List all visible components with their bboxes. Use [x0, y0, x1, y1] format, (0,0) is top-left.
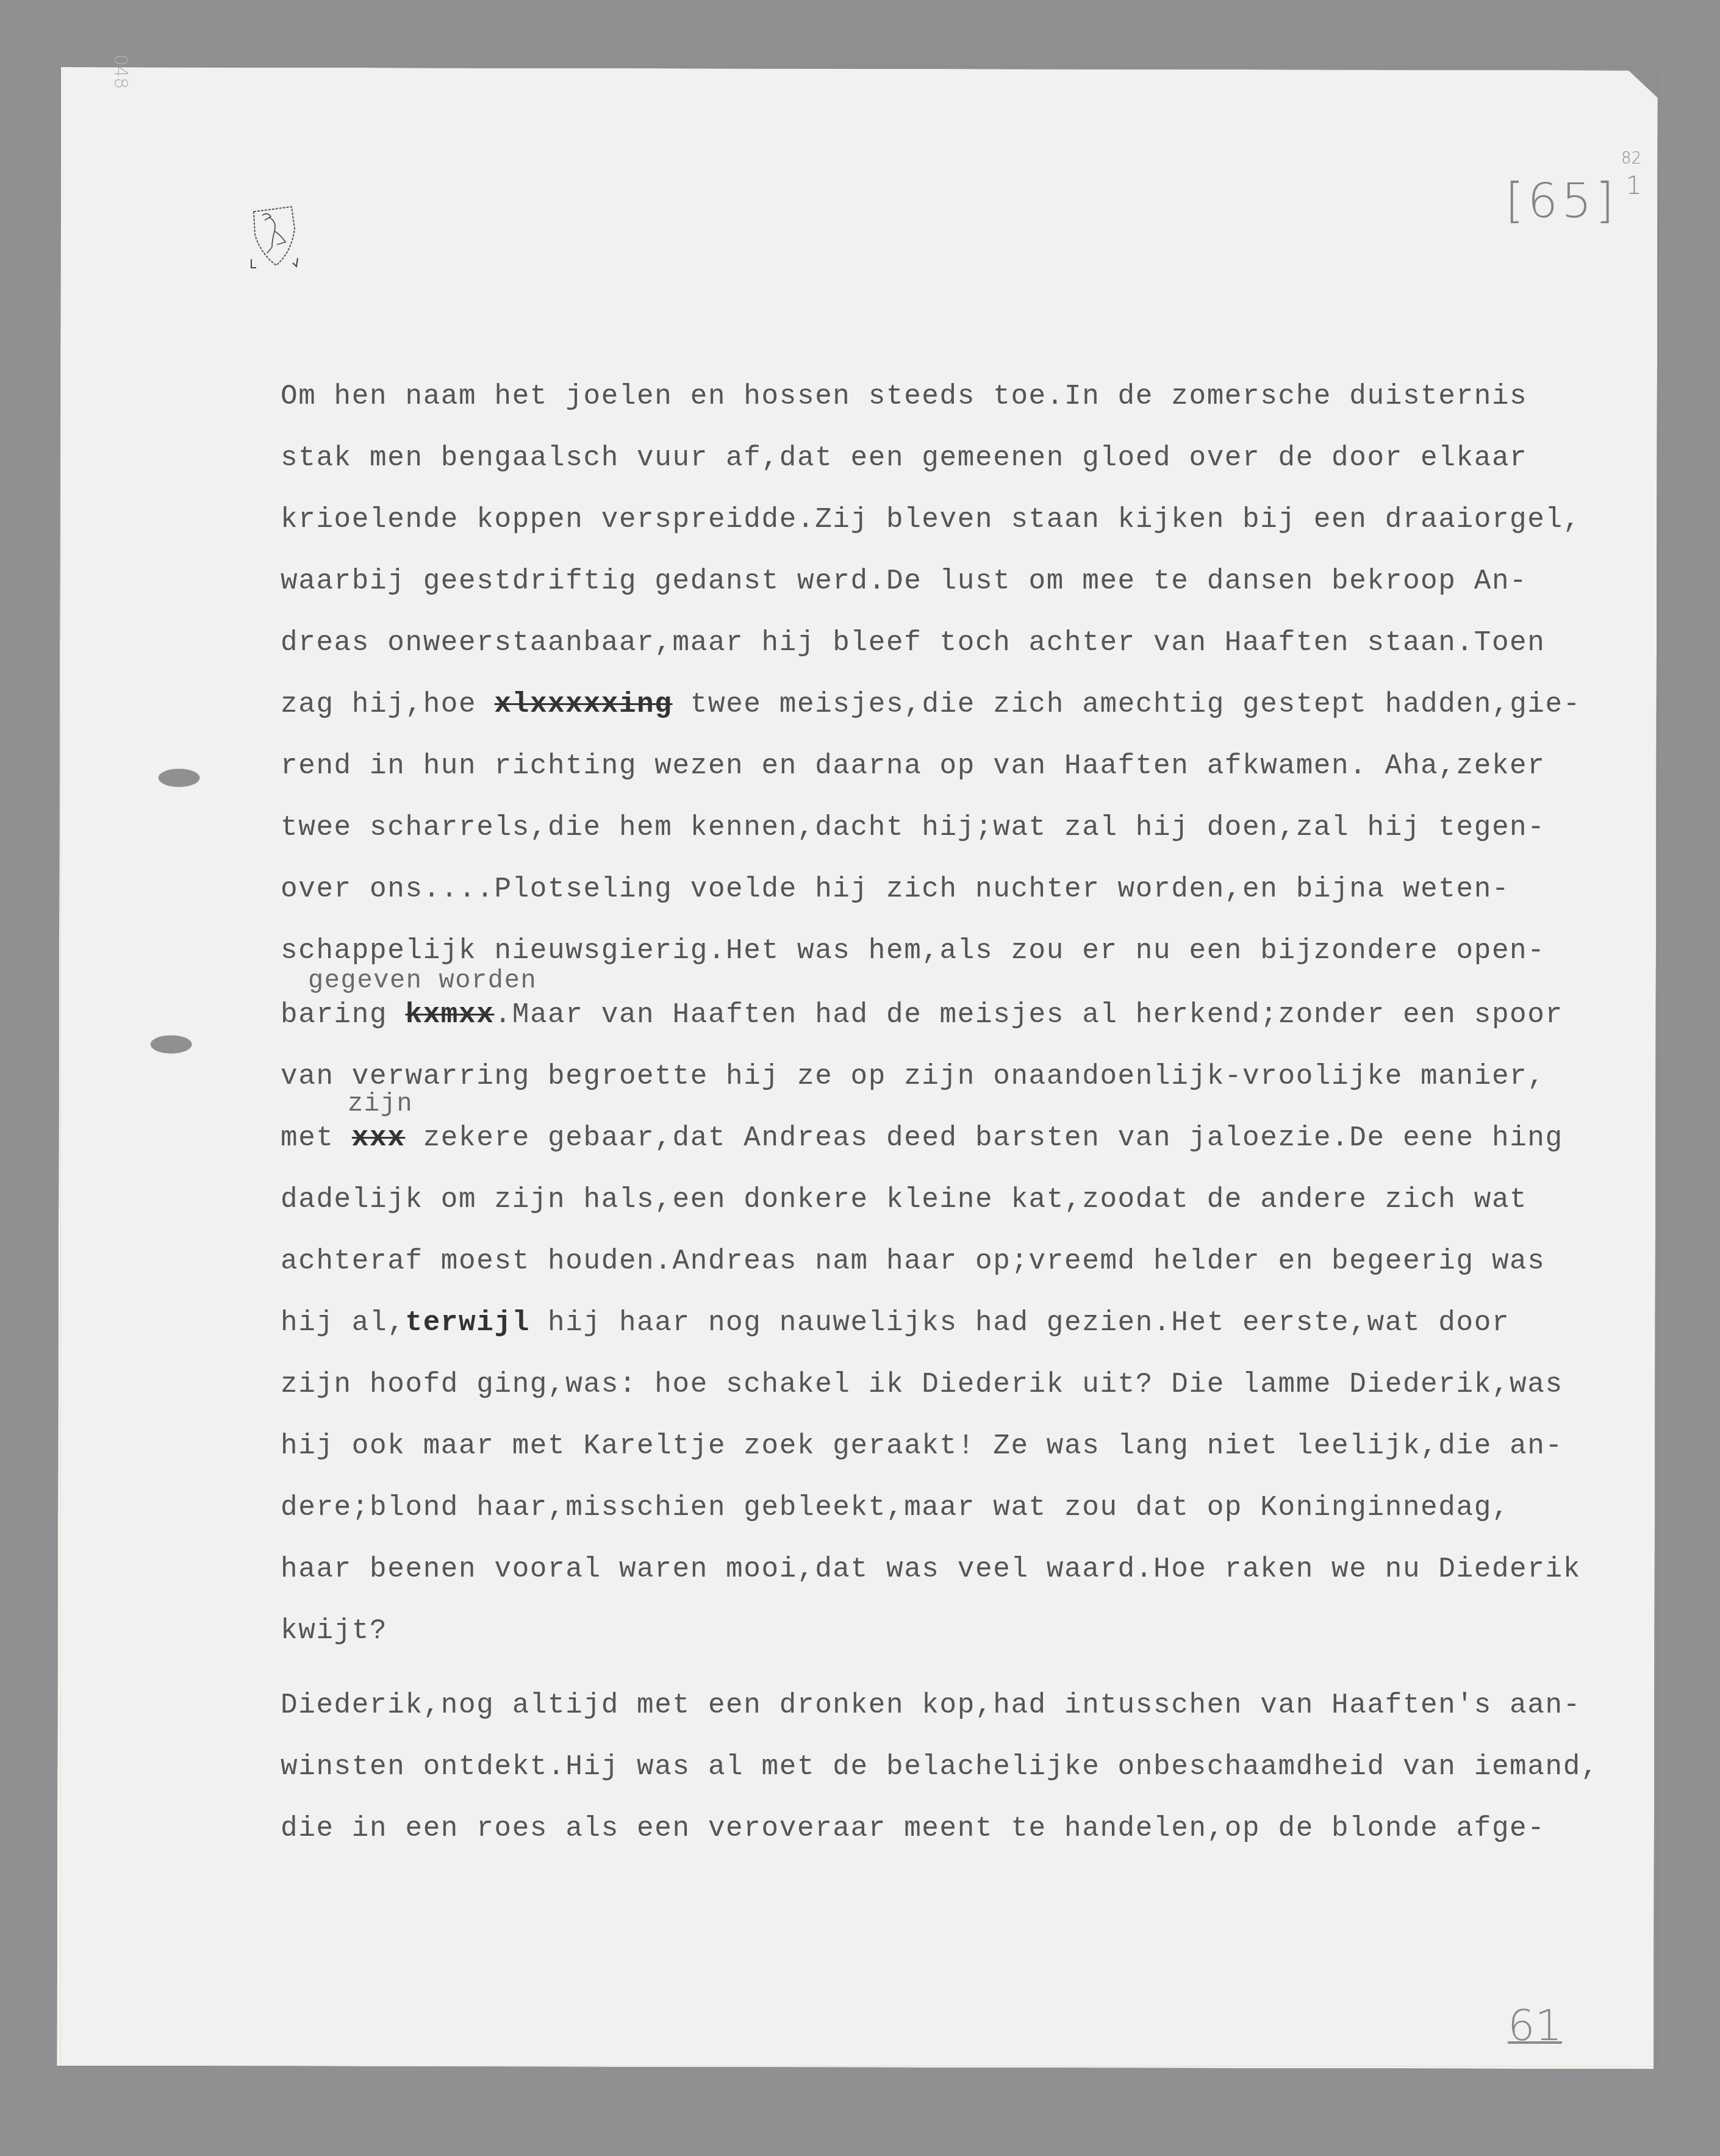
punch-hole-bottom	[151, 1035, 192, 1053]
text-line: kwijt?	[281, 1600, 1647, 1675]
line-text: hij haar nog nauwelijks had gezien.Het e…	[530, 1307, 1510, 1339]
text-line: zijnmet xxx zekere gebaar,dat Andreas de…	[281, 1108, 1647, 1169]
typed-text-body: Om hen naam het joelen en hossen steeds …	[281, 366, 1647, 1860]
text-line: dadelijk om zijn hals,een donkere kleine…	[281, 1169, 1647, 1231]
line-text: winsten ontdekt.Hij was al met de belach…	[281, 1751, 1599, 1783]
line-text: zag hij,hoe	[281, 689, 494, 720]
line-text: dadelijk om zijn hals,een donkere kleine…	[281, 1184, 1527, 1216]
line-text: krioelende koppen verspreidde.Zij bleven…	[281, 504, 1581, 535]
text-line: dreas onweerstaanbaar,maar hij bleef toc…	[281, 612, 1647, 674]
text-line: krioelende koppen verspreidde.Zij bleven…	[281, 489, 1647, 551]
line-text: dere;blond haar,misschien gebleekt,maar …	[281, 1492, 1510, 1524]
line-text: met	[281, 1122, 352, 1154]
line-text: twee scharrels,die hem kennen,dacht hij;…	[281, 812, 1546, 843]
line-text: zekere gebaar,dat Andreas deed barsten v…	[405, 1122, 1563, 1154]
archive-mark: 048	[110, 54, 131, 89]
text-line: achteraf moest houden.Andreas nam haar o…	[281, 1231, 1647, 1292]
text-line: rend in hun richting wezen en daarna op …	[281, 736, 1647, 797]
text-line: hij ook maar met Kareltje zoek geraakt! …	[281, 1416, 1647, 1477]
text-line: dere;blond haar,misschien gebleekt,maar …	[281, 1477, 1647, 1539]
line-text: dreas onweerstaanbaar,maar hij bleef toc…	[281, 627, 1546, 659]
overtyped-word: terwijl	[405, 1307, 529, 1339]
line-text: Om hen naam het joelen en hossen steeds …	[281, 381, 1527, 412]
line-text: achteraf moest houden.Andreas nam haar o…	[281, 1245, 1546, 1277]
punch-hole-top	[159, 768, 200, 787]
line-text: .Maar van Haaften had de meisjes al herk…	[494, 999, 1563, 1031]
text-line: haar beenen vooral waren mooi,dat was ve…	[281, 1539, 1647, 1600]
text-line: hij al,terwijl hij haar nog nauwelijks h…	[281, 1292, 1647, 1354]
line-text: van verwarring begroette hij ze op zijn …	[281, 1061, 1546, 1092]
folio-superscript: 82	[1621, 149, 1641, 168]
text-line: twee scharrels,die hem kennen,dacht hij;…	[281, 797, 1647, 859]
text-line: gegeven wordenbaring kxmxx.Maar van Haaf…	[281, 984, 1647, 1046]
bottom-page-number: 61	[1508, 2000, 1562, 2050]
text-line: van verwarring begroette hij ze op zijn …	[281, 1046, 1647, 1108]
line-text: over ons....Plotseling voelde hij zich n…	[281, 873, 1510, 905]
line-text: hij al,	[281, 1307, 405, 1339]
line-text: twee meisjes,die zich amechtig gestept h…	[673, 689, 1581, 720]
line-text: kwijt?	[281, 1615, 387, 1647]
line-text: hij ook maar met Kareltje zoek geraakt! …	[281, 1430, 1563, 1462]
struck-out-word: xlxxxxxing	[494, 689, 672, 720]
text-line: Diederik,nog altijd met een dronken kop,…	[281, 1675, 1647, 1736]
text-line: winsten ontdekt.Hij was al met de belach…	[281, 1736, 1647, 1798]
text-line: die in een roes als een veroveraar meent…	[281, 1798, 1647, 1860]
text-line: zag hij,hoe xlxxxxxing twee meisjes,die …	[281, 674, 1647, 736]
line-text: haar beenen vooral waren mooi,dat was ve…	[281, 1553, 1581, 1585]
folio-subscript: 1	[1626, 172, 1641, 200]
stork-shield-stamp-icon	[249, 204, 304, 271]
line-text: stak men bengaalsch vuur af,dat een geme…	[281, 442, 1527, 474]
interlinear-insertion: gegeven worden	[308, 950, 537, 1012]
line-text: die in een roes als een veroveraar meent…	[281, 1813, 1546, 1844]
line-text: rend in hun richting wezen en daarna op …	[281, 750, 1546, 782]
text-line: waarbij geestdriftig gedanst werd.De lus…	[281, 551, 1647, 612]
text-line: stak men bengaalsch vuur af,dat een geme…	[281, 428, 1647, 489]
interlinear-insertion: zijn	[348, 1073, 413, 1135]
line-text: zijn hoofd ging,was: hoe schakel ik Died…	[281, 1369, 1563, 1400]
folio-number: [65]	[1505, 174, 1618, 229]
text-line: zijn hoofd ging,was: hoe schakel ik Died…	[281, 1354, 1647, 1416]
text-line: Om hen naam het joelen en hossen steeds …	[281, 366, 1647, 428]
text-line: over ons....Plotseling voelde hij zich n…	[281, 859, 1647, 920]
line-text: Diederik,nog altijd met een dronken kop,…	[281, 1689, 1581, 1721]
line-text: waarbij geestdriftig gedanst werd.De lus…	[281, 565, 1527, 597]
